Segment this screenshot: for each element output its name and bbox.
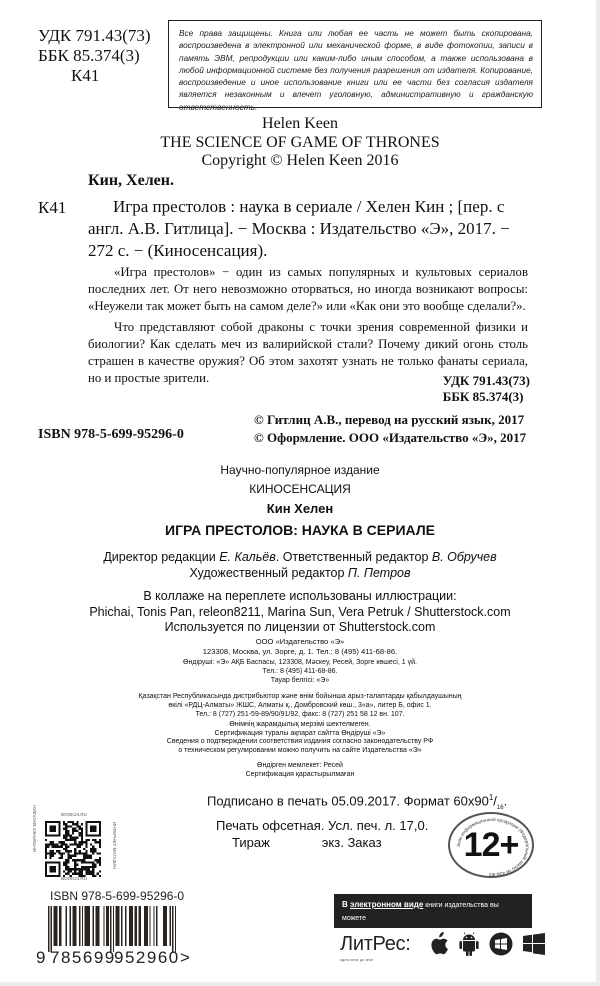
isbn: ISBN 978-5-699-95296-0 bbox=[38, 427, 184, 443]
annotation-paragraph: «Игра престолов» − один из самых популяр… bbox=[88, 264, 528, 315]
illustration-credit-line: Phichai, Tonis Pan, releon8211, Marina S… bbox=[0, 605, 600, 621]
cert-line: о техническом регулировании можно получи… bbox=[0, 746, 600, 755]
kz-origin-info: Өндірген мемлекет: Ресей Сертификация қа… bbox=[0, 761, 600, 779]
catalog-codes-right: УДК 791.43(73) ББК 85.374(3) bbox=[443, 373, 530, 405]
illustration-credit-line: Используется по лицензии от Shutterstock… bbox=[0, 620, 600, 636]
qr-top-label: BOOK24.RU bbox=[36, 812, 112, 817]
litres-promo-banner[interactable]: В электронном виде книги издательства вы… bbox=[334, 894, 532, 928]
apple-icon bbox=[429, 932, 449, 961]
illustration-credit-line: В коллаже на переплете использованы иллю… bbox=[0, 589, 600, 605]
editor-name: Е. Кальёв bbox=[219, 550, 276, 564]
age-rating-badge: Знак информационной продукции (Федеральн… bbox=[448, 812, 534, 878]
isbn-barcode bbox=[48, 906, 176, 952]
editor-role: . Ответственный редактор bbox=[276, 550, 432, 564]
kz-line: Тел.: 8 (495) 411-68-86. bbox=[0, 667, 600, 676]
qr-code[interactable] bbox=[45, 821, 101, 877]
kz-line: Сертификация қарастырылмаған bbox=[0, 770, 600, 779]
qr-side-label: ИНТЕРНЕТ-МАГАЗИН bbox=[32, 805, 37, 852]
barcode-digit-group: 952960 bbox=[114, 948, 180, 968]
udk-code-right: УДК 791.43(73) bbox=[443, 373, 530, 389]
barcode-digit: 9 bbox=[36, 948, 50, 968]
catalog-entry: Игра престолов : наука в сериале / Хелен… bbox=[88, 196, 528, 262]
format-denominator: 16 bbox=[497, 805, 504, 811]
bbk-code: ББК 85.374(3) bbox=[38, 46, 151, 66]
original-author: Helen Keen bbox=[0, 114, 600, 133]
translation-copyright: © Гитлиц А.В., перевод на русский язык, … bbox=[254, 411, 526, 429]
litres-logo: ЛитРес: bbox=[340, 933, 411, 956]
editor-role: Художественный редактор bbox=[189, 566, 347, 580]
age-rating-label: 12+ bbox=[450, 826, 532, 865]
page-edge bbox=[0, 982, 600, 986]
android-icon bbox=[459, 932, 479, 961]
editor-name: П. Петров bbox=[348, 566, 411, 580]
punct: . bbox=[504, 793, 508, 808]
book-imprint-page: УДК 791.43(73) ББК 85.374(3) К41 Все пра… bbox=[0, 0, 600, 986]
order-label: экз. Заказ bbox=[322, 835, 382, 850]
publisher-address: 123308, Москва, ул. Зорге, д. 1. Тел.: 8… bbox=[0, 647, 600, 657]
print-signed-line: Подписано в печать 05.09.2017. Формат 60… bbox=[207, 793, 489, 808]
author-mark: К41 bbox=[38, 66, 151, 86]
kz-line: Өнімнің жарамдылық мерзімі шектелмеген. bbox=[0, 720, 600, 729]
barcode-digit-group: 785699 bbox=[50, 948, 114, 968]
print-run-label: Тираж bbox=[232, 835, 270, 850]
series-name: КИНОСЕНСАЦИЯ bbox=[0, 482, 600, 496]
catalog-mark: К41 bbox=[38, 198, 66, 218]
editor-role: Директор редакции bbox=[103, 550, 219, 564]
udk-code: УДК 791.43(73) bbox=[38, 26, 151, 46]
kz-distributor-info: Қазақстан Республикасында дистрибьютор ж… bbox=[0, 692, 600, 738]
original-title: THE SCIENCE OF GAME OF THRONES bbox=[0, 133, 600, 152]
imprint-author: Кин Хелен bbox=[0, 501, 600, 516]
ru-certification-info: Сведения о подтверждении соответствия из… bbox=[0, 737, 600, 755]
kz-line: Тауар белгісі: «Э» bbox=[0, 676, 600, 685]
windows-icon bbox=[523, 933, 545, 960]
promo-text: В bbox=[342, 900, 350, 909]
design-copyright: © Оформление. ООО «Издательство «Э», 201… bbox=[254, 429, 526, 447]
kz-line: өкілі «РДЦ-Алматы» ЖШС, Алматы қ., Домбр… bbox=[0, 701, 600, 710]
page-edge bbox=[596, 0, 600, 986]
publisher-info: ООО «Издательство «Э» 123308, Москва, ул… bbox=[0, 637, 600, 657]
kz-line: Қазақстан Республикасында дистрибьютор ж… bbox=[0, 692, 600, 701]
barcode-quiet-zone-mark: > bbox=[180, 948, 191, 968]
illustration-credits: В коллаже на переплете использованы иллю… bbox=[0, 589, 600, 636]
catalog-author-heading: Кин, Хелен. bbox=[88, 172, 174, 190]
format-numerator: 1 bbox=[489, 793, 493, 802]
kz-line: Өндірген мемлекет: Ресей bbox=[0, 761, 600, 770]
editor-name: В. Обручев bbox=[432, 550, 497, 564]
kz-line: Өндіруші: «Э» АҚБ Баспасы, 123308, Мәске… bbox=[0, 658, 600, 667]
bbk-code-right: ББК 85.374(3) bbox=[443, 389, 530, 405]
promo-highlight: электронном виде bbox=[350, 900, 423, 909]
classification-codes: УДК 791.43(73) ББК 85.374(3) К41 bbox=[38, 26, 151, 86]
imprint-title: ИГРА ПРЕСТОЛОВ: НАУКА В СЕРИАЛЕ bbox=[0, 522, 600, 538]
kz-line: Тел.: 8 (727) 251-59-89/90/91/92, факс: … bbox=[0, 710, 600, 719]
catalog-entry-text: Игра престолов : наука в сериале / Хелен… bbox=[88, 196, 528, 262]
rights-notice: Все права защищены. Книга или любая ее ч… bbox=[168, 20, 542, 108]
editors-credits: Директор редакции Е. Кальёв. Ответственн… bbox=[0, 549, 600, 581]
publisher-name: ООО «Издательство «Э» bbox=[0, 637, 600, 647]
copyright-lines: © Гитлиц А.В., перевод на русский язык, … bbox=[254, 411, 526, 447]
windows-phone-icon bbox=[489, 932, 513, 961]
qr-side-label: ИНТЕРНЕТ-МАГАЗИН bbox=[112, 822, 117, 869]
barcode-digits: 9785699952960> bbox=[36, 948, 191, 968]
annotation: «Игра престолов» − один из самых популяр… bbox=[88, 264, 528, 387]
edition-genre: Научно-популярное издание bbox=[0, 463, 600, 477]
original-copyright: Copyright © Helen Keen 2016 bbox=[0, 151, 600, 170]
publisher-kz-info: Өндіруші: «Э» АҚБ Баспасы, 123308, Мәске… bbox=[0, 658, 600, 686]
platform-icons bbox=[429, 932, 551, 961]
barcode-isbn-label: ISBN 978-5-699-95296-0 bbox=[50, 889, 184, 903]
cert-line: Сведения о подтверждении соответствия из… bbox=[0, 737, 600, 746]
litres-tagline: одна клик до книг bbox=[340, 958, 374, 962]
